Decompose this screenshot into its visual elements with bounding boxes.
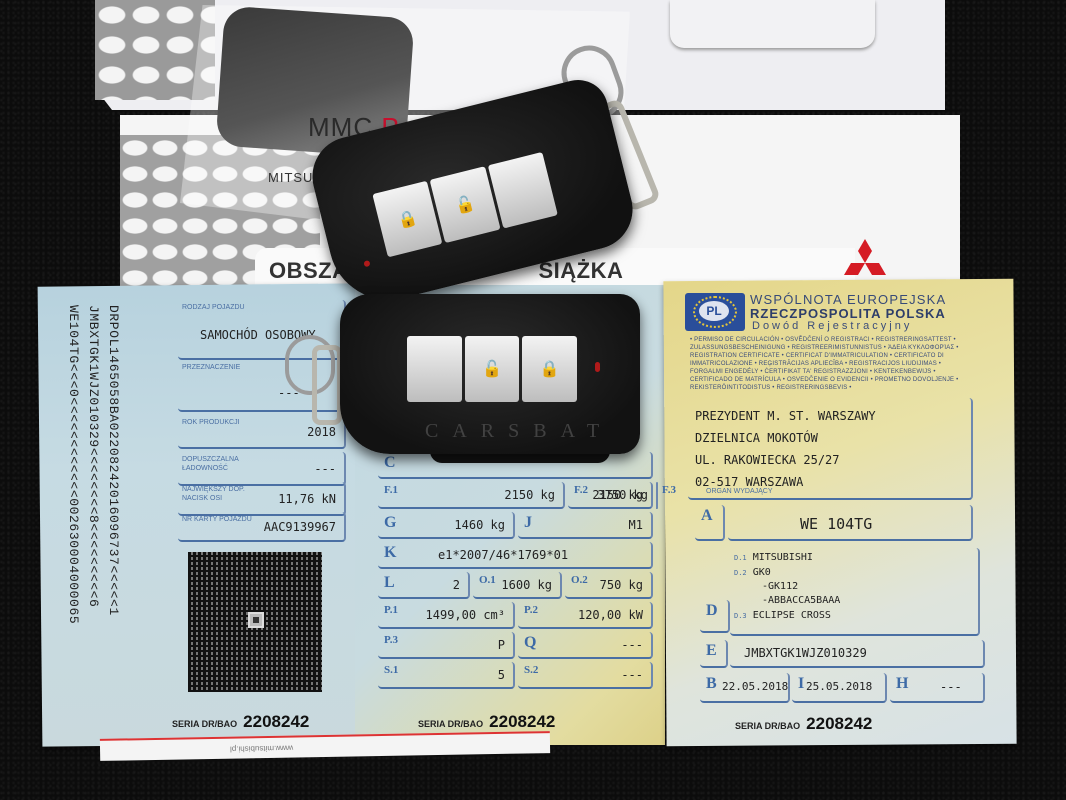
- field-code: F.3: [662, 484, 676, 496]
- field-O-1: O.11600 kg: [473, 572, 562, 599]
- field-code: P.1: [384, 604, 398, 616]
- middle-seria: SERIA DR/BAO2208242: [418, 712, 555, 732]
- field-H: H ---: [890, 673, 985, 703]
- code-B: B: [706, 675, 717, 693]
- authority-label: ORGAN WYDAJĄCY: [706, 488, 773, 495]
- field-F-3: F.33750 kg: [656, 482, 658, 509]
- field-value: 5: [498, 668, 505, 682]
- model: ECLIPSE CROSS: [753, 610, 831, 621]
- field-S-1: S.15: [378, 662, 515, 689]
- left-field: Dopuszczalna ładowność---: [178, 452, 346, 486]
- field-value: ---: [314, 462, 336, 476]
- led-indicator: [595, 362, 600, 372]
- emergency-key-blade: [312, 345, 342, 425]
- d1-label: D.1: [734, 554, 747, 562]
- header-poland: RZECZPOSPOLITA POLSKA: [750, 306, 946, 321]
- left-field: Największy dop. nacisk osi11,76 kN: [178, 482, 346, 516]
- code-E: E: [706, 642, 717, 660]
- booklet-url: www.mitsubishi.pl: [230, 744, 293, 754]
- eu-flag-icon: PL: [685, 293, 745, 331]
- field-value: 750 kg: [600, 578, 643, 592]
- field-value: 120,00 kW: [578, 608, 643, 622]
- mrz-line-1: DRPOL1465058BA02208242016096737<<<<<1: [106, 305, 121, 616]
- field-value: AAC9139967: [264, 520, 336, 534]
- field-code: O.1: [479, 574, 496, 586]
- validity: ---: [940, 680, 962, 694]
- first-registration-date: 22.05.2018: [722, 680, 788, 693]
- field-value: e1*2007/46*1769*01: [438, 548, 568, 562]
- left-seria: SERIA DR/BAO2208242: [172, 712, 309, 732]
- mrz-line-3: WE104TG<<<0<<<<<<<<<<<<002630004000065: [66, 305, 81, 624]
- field-A: WE 104TG: [728, 505, 973, 541]
- seria-number: 2208242: [806, 714, 872, 733]
- field-value: ---: [621, 668, 643, 682]
- field-code: F.1: [384, 484, 398, 496]
- box-window: [670, 0, 875, 48]
- issuing-authority: PREZYDENT M. ST. WARSZAWY DZIELNICA MOKO…: [695, 405, 876, 493]
- field-code: Q: [524, 634, 536, 652]
- left-field: Nr karty pojazduAAC9139967: [178, 512, 346, 542]
- mrz-line-2: JMBXTGK1WJZ010329<<<<<<<<8<<<<<<<<<6: [86, 305, 101, 607]
- seria-number: 2208242: [243, 712, 309, 731]
- authority-line: UL. RAKOWIECKA 25/27: [695, 449, 876, 471]
- lock-button-icon: 🔒: [522, 336, 577, 402]
- field-D: D.1 MITSUBISHI D.2 GK0 -GK112 -ABBACCA5B…: [730, 548, 980, 636]
- field-code: P.2: [524, 604, 538, 616]
- field-O-2: O.2750 kg: [565, 572, 653, 599]
- code-I: I: [798, 675, 804, 693]
- field-value: 2: [453, 578, 460, 592]
- field-Q: Q---: [518, 632, 653, 659]
- authority-line: PREZYDENT M. ST. WARSZAWY: [695, 405, 876, 427]
- field-value: 2018: [307, 425, 336, 439]
- field-label: Dopuszczalna ładowność: [182, 455, 252, 473]
- field-value: ---: [621, 638, 643, 652]
- field-value: 1600 kg: [501, 578, 552, 592]
- field-S-2: S.2---: [518, 662, 653, 689]
- field-code: J: [524, 514, 532, 532]
- seria-number: 2208242: [489, 712, 555, 731]
- authority-line: DZIELNICA MOKOTÓW: [695, 427, 876, 449]
- seria-label: SERIA DR/BAO: [735, 721, 800, 731]
- version: -ABBACCA5BAAA: [762, 595, 840, 606]
- field-code: O.2: [571, 574, 588, 586]
- code-D: D: [706, 602, 718, 620]
- mrz-zone: DRPOL1465058BA02208242016096737<<<<<1 JM…: [62, 305, 132, 725]
- field-label: Rok produkcji: [182, 418, 252, 427]
- field-code: C: [384, 454, 396, 472]
- field-L: L2: [378, 572, 470, 599]
- field-B: B 22.05.2018: [700, 673, 790, 703]
- field-F-1: F.12150 kg: [378, 482, 565, 509]
- field-P-3: P.3P: [378, 632, 515, 659]
- field-value: 3750 kg: [597, 488, 648, 502]
- field-P-1: P.11499,00 cm³: [378, 602, 515, 629]
- variant: -GK112: [762, 581, 798, 592]
- tailgate-button-icon: [407, 336, 462, 402]
- field-code: G: [384, 514, 396, 532]
- registration-date: 25.05.2018: [806, 680, 872, 693]
- vin: JMBXTGK1WJZ010329: [744, 646, 867, 660]
- d3-label: D.3: [734, 612, 747, 620]
- bag-text-mitsu: MITSU: [268, 170, 313, 185]
- field-value: P: [498, 638, 505, 652]
- field-K: Ke1*2007/46*1769*01: [378, 542, 653, 569]
- field-label: Największy dop. nacisk osi: [182, 485, 252, 503]
- field-G: G1460 kg: [378, 512, 515, 539]
- watermark-text: CARSBAT: [425, 420, 613, 443]
- field-code: K: [384, 544, 396, 562]
- country-code: PL: [699, 301, 729, 321]
- led-indicator: [363, 260, 370, 267]
- field-J: JM1: [518, 512, 653, 539]
- field-A-code-box: A: [695, 505, 725, 541]
- header-eu: WSPÓLNOTA EUROPEJSKA: [750, 292, 946, 307]
- code-H: H: [896, 675, 908, 693]
- field-value: 11,76 kN: [278, 492, 336, 506]
- field-label: Rodzaj pojazdu: [182, 303, 252, 312]
- field-P-2: P.2120,00 kW: [518, 602, 653, 629]
- field-code: S.1: [384, 664, 398, 676]
- field-code: P.3: [384, 634, 398, 646]
- field-code: S.2: [524, 664, 538, 676]
- right-seria: SERIA DR/BAO2208242: [735, 714, 872, 734]
- make: MITSUBISHI: [753, 552, 813, 563]
- field-label: Nr karty pojazdu: [182, 515, 252, 524]
- code-A: A: [701, 507, 713, 525]
- registration-number: WE 104TG: [800, 515, 872, 533]
- booklet-title-right: SIĄŻKA: [539, 258, 624, 283]
- field-value: M1: [629, 518, 643, 532]
- seria-label: SERIA DR/BAO: [418, 719, 483, 729]
- field-code: F.2: [574, 484, 588, 496]
- d2-label: D.2: [734, 569, 747, 577]
- tailgate-button-icon: [487, 152, 557, 229]
- field-E: JMBXTGK1WJZ010329: [730, 640, 985, 668]
- type: GK0: [753, 567, 771, 578]
- field-value: 1499,00 cm³: [426, 608, 505, 622]
- unlock-button-icon: 🔓: [430, 166, 500, 243]
- field-E-code-box: E: [700, 640, 728, 668]
- field-value: 2150 kg: [504, 488, 555, 502]
- field-value: 1460 kg: [454, 518, 505, 532]
- multilingual-titles: • Permiso de circulación • Osvědčení o r…: [690, 336, 975, 392]
- header-doc-title: Dowód Rejestracyjny: [752, 320, 912, 332]
- unlock-button-icon: 🔓: [465, 336, 520, 402]
- aztec-code-center: [248, 612, 264, 628]
- field-D-code-box: D: [700, 600, 730, 633]
- field-code: L: [384, 574, 395, 592]
- field-I: I 25.05.2018: [792, 673, 887, 703]
- field-label: Przeznaczenie: [182, 363, 252, 372]
- seria-label: SERIA DR/BAO: [172, 719, 237, 729]
